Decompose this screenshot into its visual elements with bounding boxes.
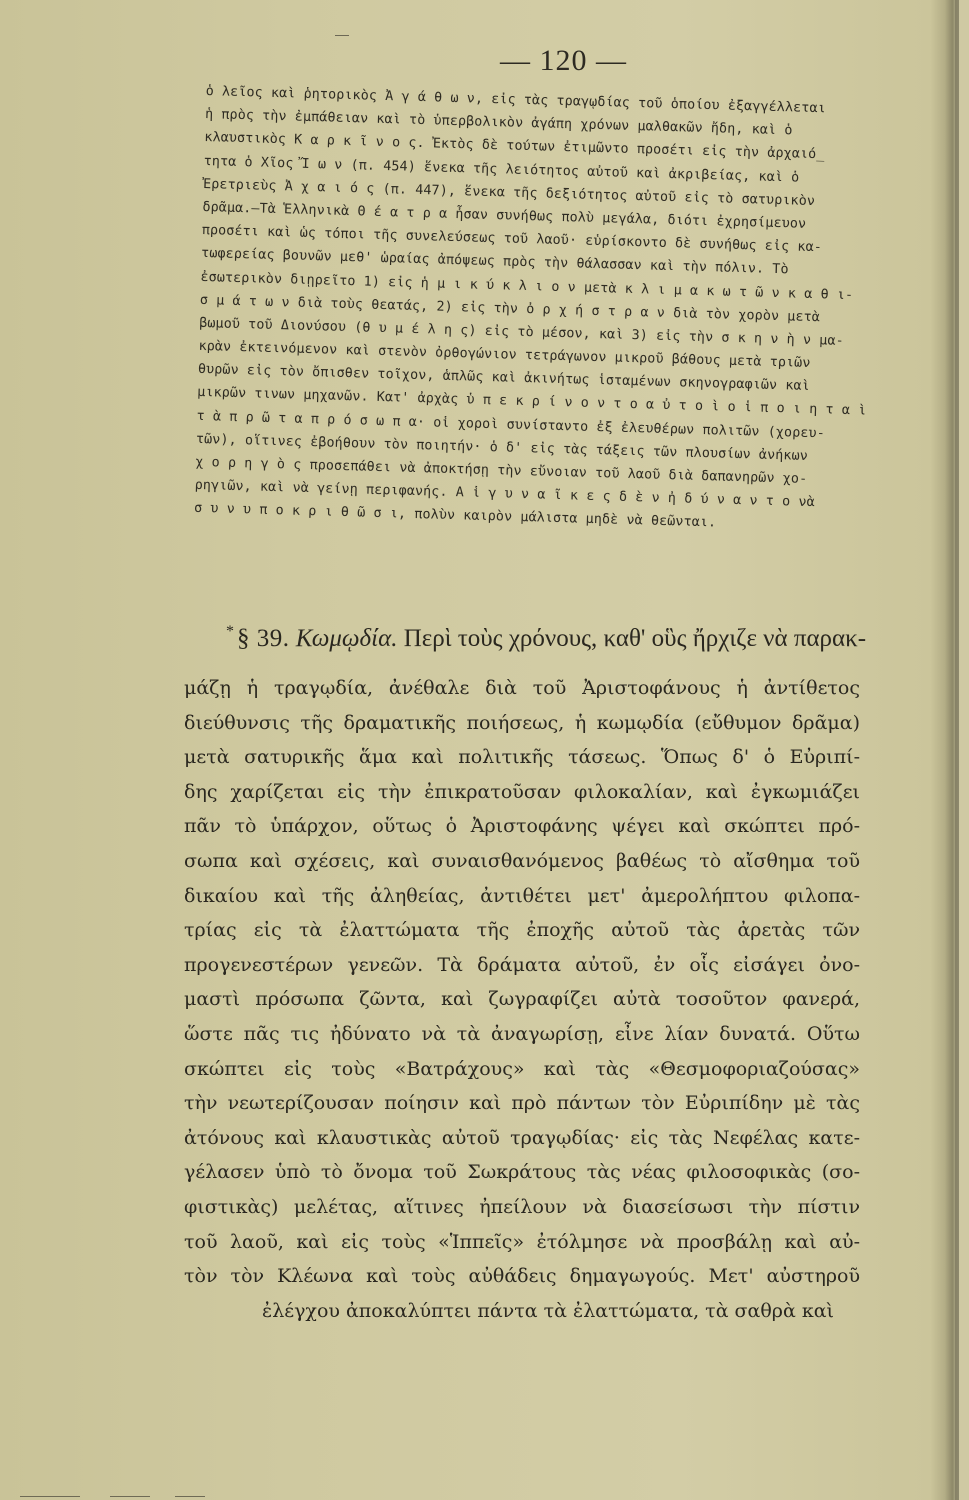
- edge-mark: [110, 1496, 150, 1497]
- text-line: μετὰ σατυρικῆς ἅμα καὶ πολιτικῆς τάσεως.…: [184, 740, 860, 775]
- section-heading: *§ 39. Κωμῳδία. Περὶ τοὺς χρόνους, καθ' …: [226, 625, 866, 653]
- section-body: μάζῃ ἡ τραγῳδία, ἀνέθαλε διὰ τοῦ Ἀριστοφ…: [184, 671, 874, 1328]
- text-line: δικαίου καὶ τῆς ἀληθείας, ἀντιθέτει μετ'…: [184, 879, 860, 914]
- page-edge-shadow: [955, 0, 959, 1500]
- text-line: γέλασεν ὑπὸ τὸ ὄνομα τοῦ Σωκράτους τὰς ν…: [184, 1155, 860, 1190]
- section-first-line: Περὶ τοὺς χρόνους, καθ' οὓς ἤρχιζε νὰ πα…: [404, 625, 866, 652]
- small-print-paragraph: ὁ λεῖος καὶ ῥητορικὸς Ἀ γ ά θ ω ν, εἰς τ…: [194, 80, 906, 540]
- edge-mark: [20, 1496, 80, 1497]
- section-title: Κωμῳδία.: [296, 625, 398, 652]
- text-line: μαστὶ πρόσωπα ζῶντα, καὶ ζωγραφίζει αὐτὰ…: [184, 982, 860, 1017]
- scan-artifact-mark: [335, 35, 349, 36]
- section-number: § 39.: [237, 625, 290, 652]
- text-line: πᾶν τὸ ὑπάρχον, οὕτως ὁ Ἀριστοφάνης ψέγε…: [184, 809, 860, 844]
- text-line: φιστικὰς) μελέτας, αἵτινες ἠπείλουν νὰ δ…: [184, 1190, 860, 1225]
- text-line: δης χαρίζεται εἰς τὴν ἐπικρατοῦσαν φιλοκ…: [184, 775, 860, 810]
- page-number: — 120 —: [500, 44, 627, 78]
- torn-bottom-edge: [0, 1490, 969, 1500]
- text-line: ἐλέγχου ἀποκαλύπτει πάντα τὰ ἐλαττώματα,…: [184, 1294, 834, 1329]
- text-line: μάζῃ ἡ τραγῳδία, ἀνέθαλε διὰ τοῦ Ἀριστοφ…: [184, 671, 860, 706]
- text-line: τὸν τὸν Κλέωνα καὶ τοὺς αὐθάδεις δημαγωγ…: [184, 1259, 860, 1294]
- text-line: ἀτόνους καὶ κλαυστικὰς αὐτοῦ τραγῳδίας· …: [184, 1121, 860, 1156]
- text-line: ὥστε πᾶς τις ἠδύνατο νὰ τὰ ἀναγωρίσῃ, εἶ…: [184, 1017, 860, 1052]
- text-line: τρίας εἰς τὰ ἐλαττώματα τῆς ἐποχῆς αὐτοῦ…: [184, 913, 860, 948]
- text-line: σωπα καὶ σχέσεις, καὶ συναισθανόμενος βα…: [184, 844, 860, 879]
- text-line: προγενεστέρων γενεῶν. Τὰ δράματα αὐτοῦ, …: [184, 948, 860, 983]
- text-line: διεύθυνσις τῆς δραματικῆς ποιήσεως, ἡ κω…: [184, 706, 860, 741]
- text-line: σκώπτει εἰς τοὺς «Βατράχους» καὶ τὰς «Θε…: [184, 1052, 860, 1087]
- asterisk-marker: *: [226, 623, 234, 640]
- text-line: τοῦ λαοῦ, καὶ εἰς τοὺς «Ἱππεῖς» ἐτόλμησε…: [184, 1225, 860, 1260]
- text-line: τὴν νεωτερίζουσαν ποίησιν καὶ πρὸ πάντων…: [184, 1086, 860, 1121]
- edge-mark: [175, 1496, 205, 1497]
